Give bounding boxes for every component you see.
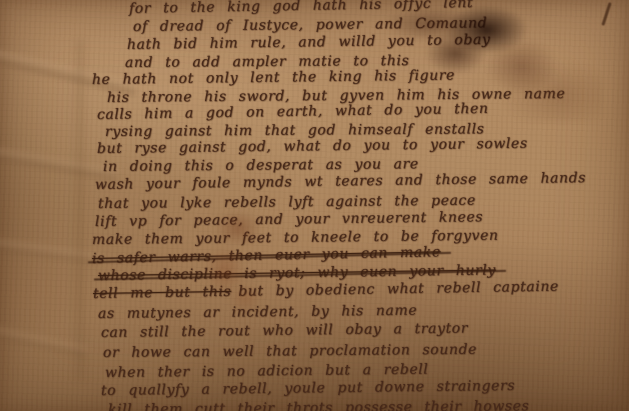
manuscript-line: lift vp for peace, and your vnreuerent k… [95,209,483,230]
manuscript-line: he hath not only lent the king his figur… [92,68,455,88]
manuscript-photo: for to the king god hath his offyc lent … [0,0,629,411]
manuscript-line: or howe can well that proclamation sound… [103,342,477,361]
manuscript-line-partial: kill them cutt their throts possesse the… [108,398,529,411]
manuscript-line: as mutynes ar incident, by his name [98,303,417,322]
manuscript-line: when ther is no adicion but a rebell [105,362,429,381]
manuscript-line: hath bid him rule, and willd you to obay [127,32,491,53]
manuscript-line: to quallyfy a rebell, youle put downe st… [101,378,515,399]
manuscript-line: for to the king god hath his offyc lent [129,0,473,17]
manuscript-line: can still the rout who will obay a trayt… [101,321,468,341]
handwritten-text: for to the king god hath his offyc lent … [0,0,629,411]
